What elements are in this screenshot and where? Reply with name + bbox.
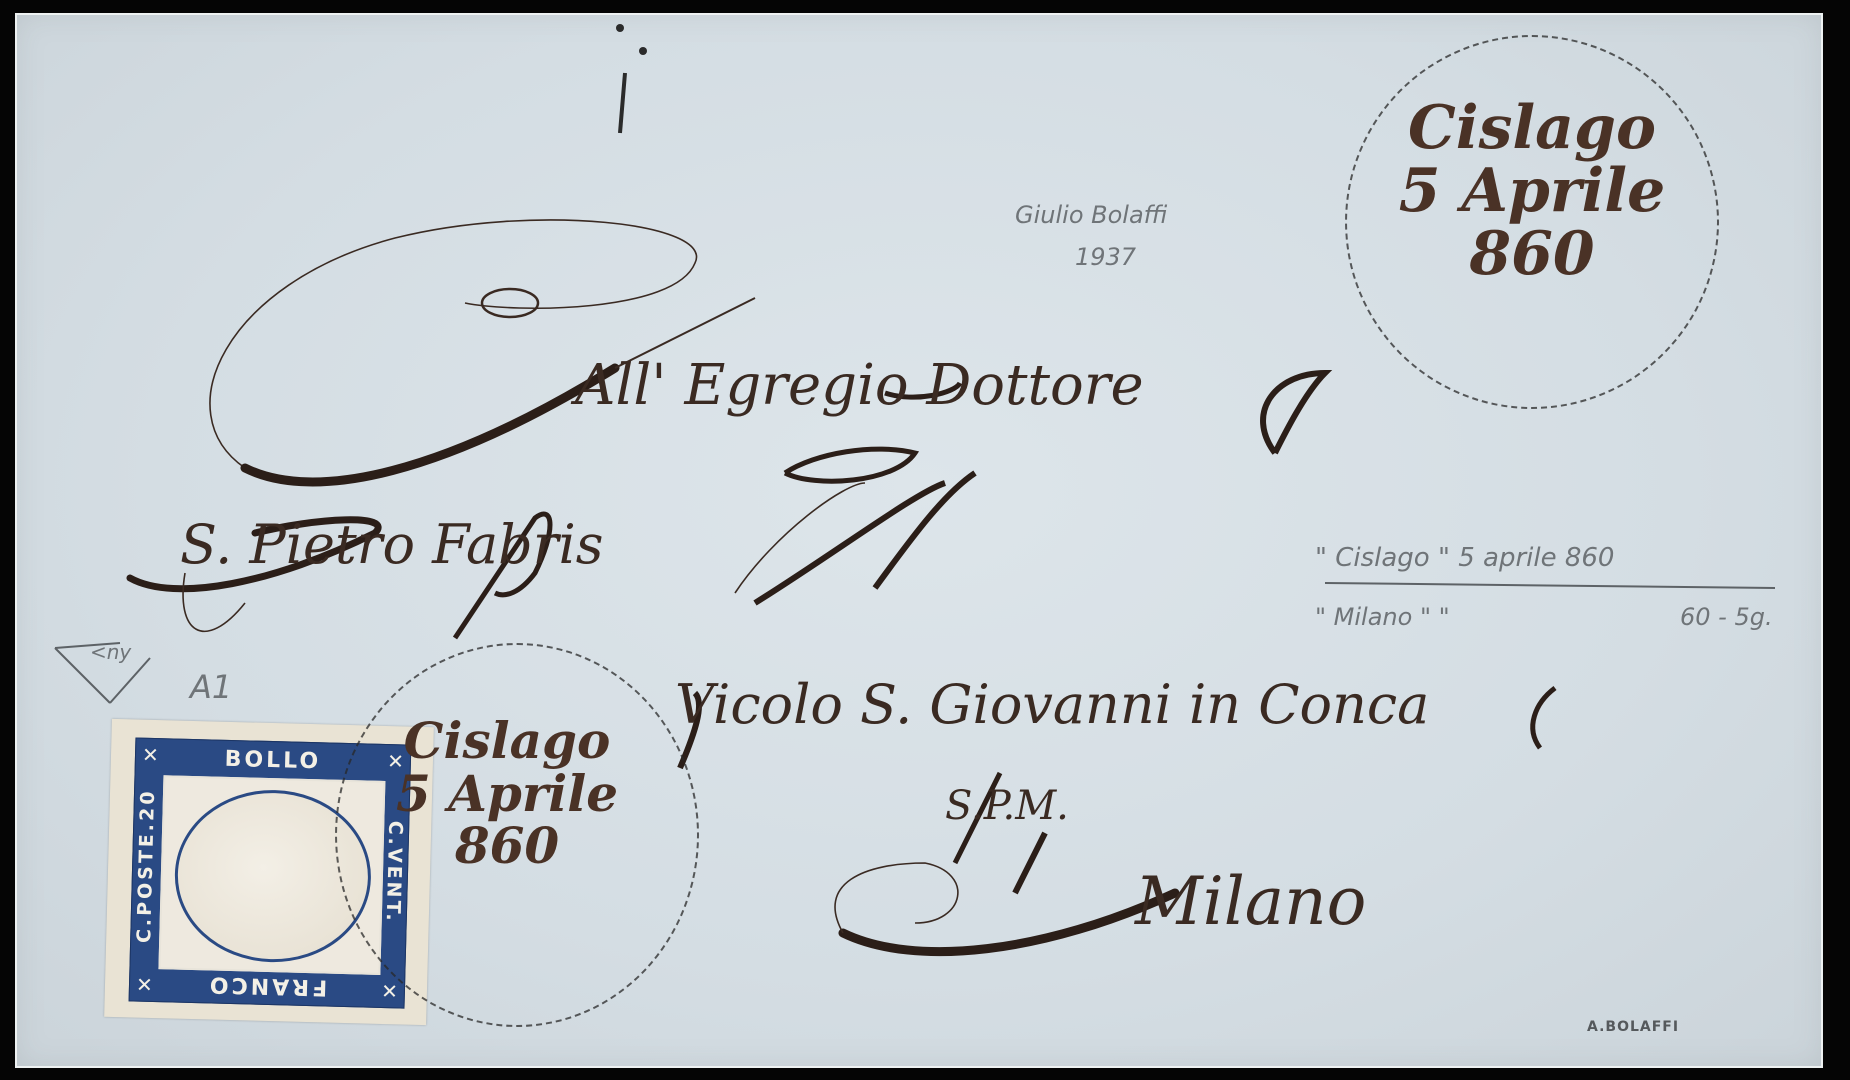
postal-cover: All' Egregio Dottore S. Pietro Fabris Vi… bbox=[15, 13, 1823, 1068]
postmark-year: 860 bbox=[1387, 223, 1677, 286]
postmark-date: 5 Aprile bbox=[357, 768, 657, 821]
postmark-bottom-left: Cislago 5 Aprile 860 bbox=[335, 643, 699, 1027]
expert-handstamp: A.BOLAFFI bbox=[1587, 1019, 1679, 1035]
postmark-year: 860 bbox=[357, 820, 657, 873]
postmark-town: Cislago bbox=[1387, 97, 1677, 160]
pencil-margin-mark2: A1 bbox=[190, 668, 232, 706]
pencil-note-ref: 60 - 5g. bbox=[1680, 603, 1773, 631]
postmark-top-right: Cislago 5 Aprile 860 bbox=[1345, 35, 1719, 409]
pencil-note-line1: " Cislago " 5 aprile 860 bbox=[1315, 543, 1614, 573]
corner-ornament-icon: ✕ bbox=[142, 743, 159, 767]
address-name: S. Pietro Fabris bbox=[180, 513, 604, 576]
corner-ornament-icon: ✕ bbox=[381, 979, 398, 1003]
pencil-note-line2: " Milano " " bbox=[1315, 603, 1450, 631]
postmark-bottom-left-text: Cislago 5 Aprile 860 bbox=[357, 715, 657, 873]
stamp-label-left: C.POSTE.20 bbox=[132, 761, 159, 972]
postmark-town: Cislago bbox=[357, 715, 657, 768]
address-city: Milano bbox=[1135, 863, 1366, 940]
corner-ornament-icon: ✕ bbox=[136, 973, 153, 997]
address-salutation: All' Egregio Dottore bbox=[575, 353, 1144, 418]
address-city-prefix: S.P.M. bbox=[945, 783, 1069, 829]
pencil-signature: Giulio Bolaffi bbox=[1015, 201, 1168, 229]
postmark-top-right-text: Cislago 5 Aprile 860 bbox=[1387, 97, 1677, 286]
postmark-date: 5 Aprile bbox=[1387, 160, 1677, 223]
pencil-signature-year: 1937 bbox=[1075, 243, 1136, 271]
address-street: Vicolo S. Giovanni in Conca bbox=[675, 673, 1429, 736]
pencil-margin-mark1: <ny bbox=[90, 640, 131, 664]
